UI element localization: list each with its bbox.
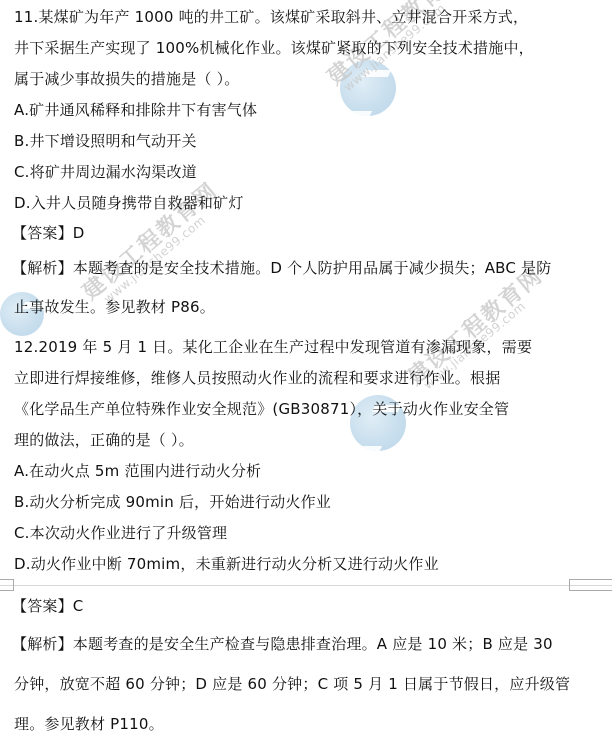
analysis-line: 【解析】本题考查的是安全技术措施。D 个人防护用品属于减少损失；ABC 是防	[12, 258, 551, 278]
question-stem-line: 井下采据生产实现了 100%机械化作业。该煤矿紧取的下列安全技术措施中，	[14, 38, 534, 58]
option-c: C.将矿井周边漏水沟渠改道	[14, 162, 197, 182]
question-stem-line: 立即进行焊接维修，维修人员按照动火作业的流程和要求进行作业。根据	[14, 368, 500, 388]
answer-label: 【答案】D	[12, 223, 85, 243]
question-stem-line: 《化学品生产单位特殊作业安全规范》(GB30871），关于动火作业安全管	[14, 399, 509, 419]
option-d: D.动火作业中断 70mim，未重新进行动火分析又进行动火作业	[14, 554, 439, 574]
option-a: A.矿井通风稀释和排除井下有害气体	[14, 100, 257, 120]
question-stem-line: 理的做法，正确的是（ ）。	[14, 430, 194, 450]
answer-label: 【答案】C	[12, 596, 83, 616]
question-stem-line: 12.2019 年 5 月 1 日。某化工企业在生产过程中发现管道有渗漏现象，需…	[14, 337, 532, 357]
option-d: D.入井人员随身携带自救器和矿灯	[14, 193, 244, 213]
analysis-line: 分钟，放宽不超 60 分钟；D 应是 60 分钟；C 项 5 月 1 日属于节假…	[14, 674, 570, 694]
analysis-line: 理。参见教材 P110。	[14, 714, 164, 734]
page-corner-marker-right	[569, 579, 612, 591]
analysis-line: 止事故发生。参见教材 P86。	[14, 297, 215, 317]
analysis-line: 【解析】本题考查的是安全生产检查与隐患排查治理。A 应是 10 米；B 应是 3…	[12, 634, 553, 654]
question-stem-line: 11.某煤矿为年产 1000 吨的井工矿。该煤矿采取斜井、立井混合开采方式，	[14, 7, 528, 27]
option-c: C.本次动火作业进行了升级管理	[14, 523, 227, 543]
page-break-line	[0, 585, 612, 586]
watermark-logo-icon	[340, 60, 396, 116]
option-a: A.在动火点 5m 范围内进行动火分析	[14, 461, 261, 481]
option-b: B.动火分析完成 90min 后，开始进行动火作业	[14, 492, 331, 512]
question-stem-line: 属于减少事故损失的措施是（ ）。	[14, 69, 239, 89]
option-b: B.井下增设照明和气动开关	[14, 131, 197, 151]
page-corner-marker-left	[0, 579, 14, 591]
